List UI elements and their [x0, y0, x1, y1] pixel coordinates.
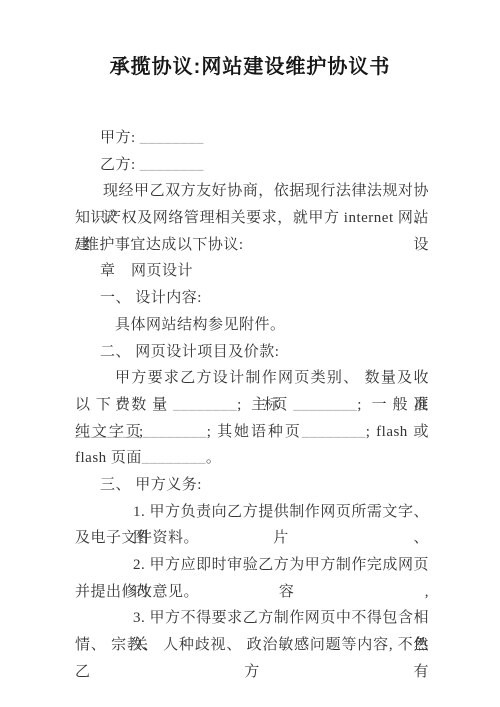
document-page: 承揽协议:网站建设维护协议书 甲方: ________ 乙方: ________…: [0, 0, 500, 707]
blank-fields-line: 纯文字页________; 其她语种页________; flash 或: [75, 419, 429, 446]
document-body: 甲方: ________ 乙方: ________ 现经甲乙双方友好协商，依据现…: [75, 125, 429, 659]
doc-line: 情、 宗教、 人种歧视、 政治敏感问题等内容, 不然乙方有: [75, 632, 429, 659]
doc-line: 3. 甲方不得要求乙方制作网页中不得包含相关色: [75, 605, 429, 632]
party-b-line: 乙方: ________: [75, 152, 429, 179]
document-title: 承揽协议:网站建设维护协议书: [0, 55, 500, 79]
doc-line: 甲方要求乙方设计制作网页类别、 数量及收费标准: [75, 365, 429, 392]
chapter-heading: 章 网页设计: [75, 258, 429, 285]
doc-line: 2. 甲方应即时审验乙方为甲方制作完成网页内容,: [75, 552, 429, 579]
doc-line: 1. 甲方负责向乙方提供制作网页所需文字、 图片、: [75, 499, 429, 526]
doc-line: 现经甲乙双方友好协商，依据现行法律法规对协议、: [75, 178, 429, 205]
doc-line: 具体网站结构参见附件。: [75, 312, 429, 339]
party-a-line: 甲方: ________: [75, 125, 429, 152]
section-1-heading: 一、 设计内容:: [75, 285, 429, 312]
blank-fields-line: 以下: 数量________; 主页________; 一般页________;: [75, 392, 429, 419]
section-2-heading: 二、 网页设计项目及价款:: [75, 339, 429, 366]
section-3-heading: 三、 甲方义务:: [75, 472, 429, 499]
doc-line: 知识产权及网络管理相关要求，就甲方 internet 网站建设: [75, 205, 429, 232]
blank-fields-line: flash 页面________。: [75, 445, 429, 472]
